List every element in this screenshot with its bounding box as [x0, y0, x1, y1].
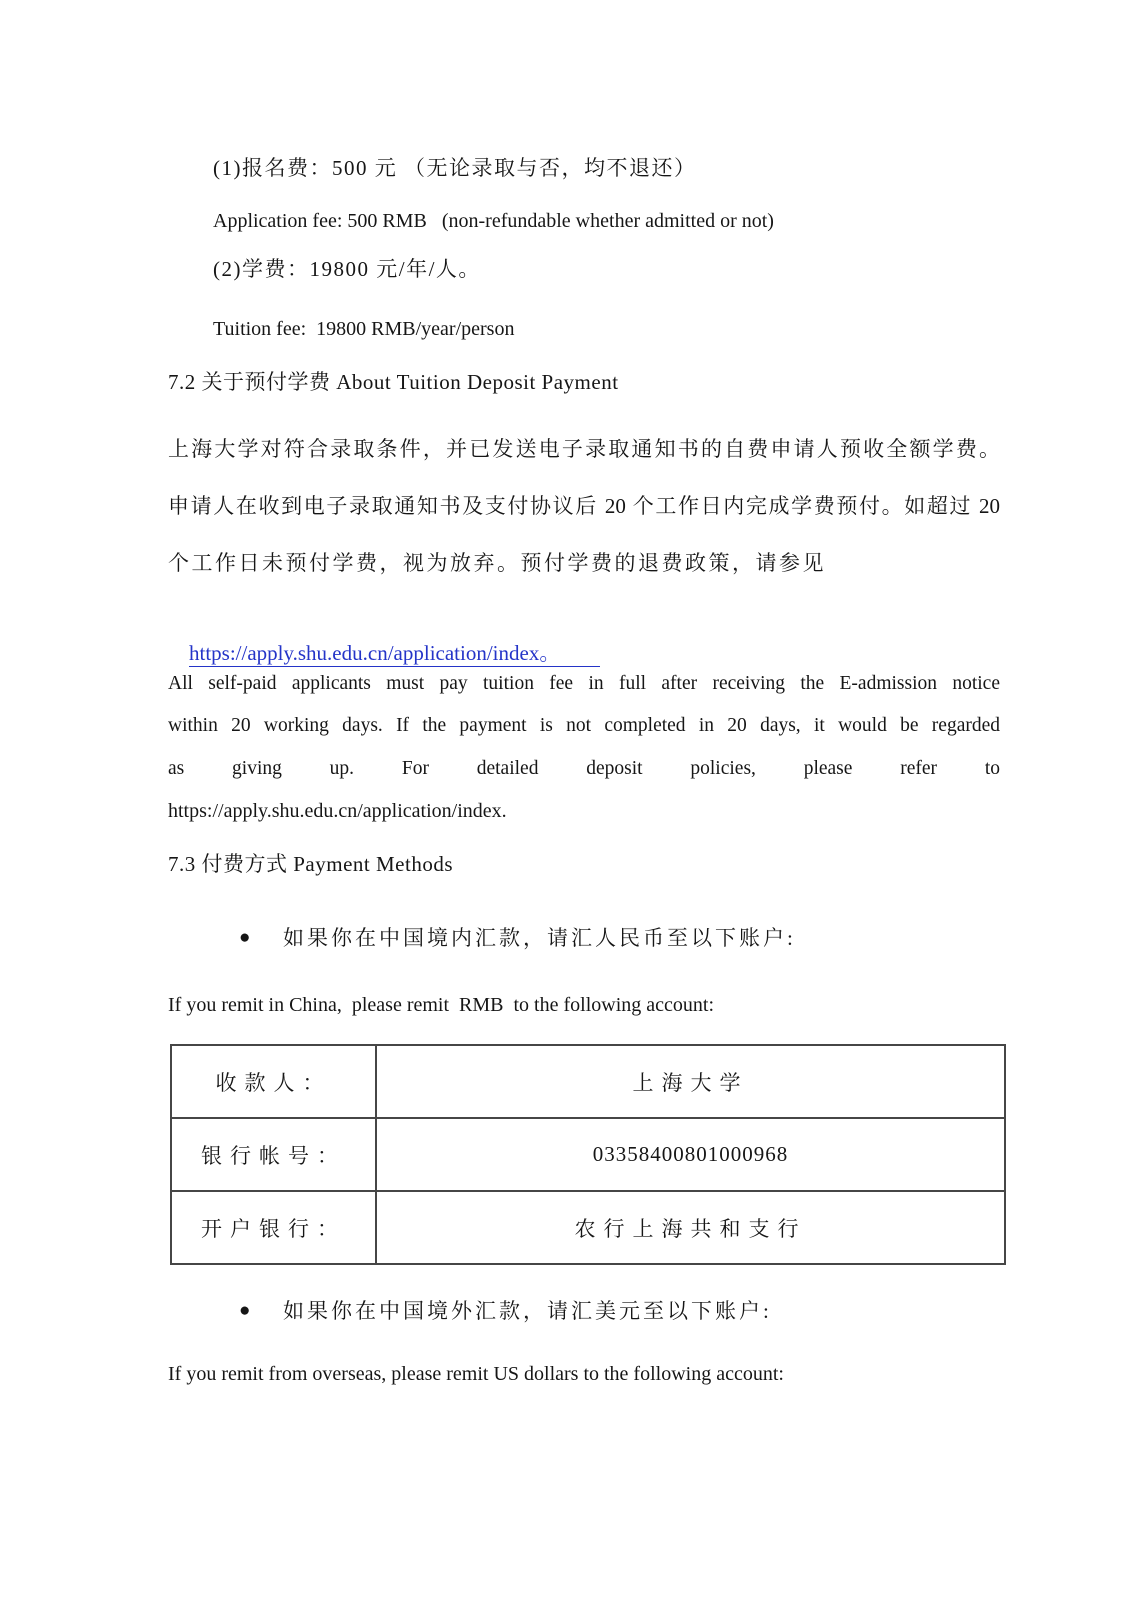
account-value-bank: 农行上海共和支行	[376, 1191, 1005, 1264]
link-underline-tail	[560, 659, 600, 660]
account-label-bank: 开户银行：	[171, 1191, 376, 1264]
account-value-number: 03358400801000968	[376, 1118, 1005, 1191]
table-row-bank: 开户银行： 农行上海共和支行	[171, 1191, 1005, 1264]
para-en-line-3: as giving up. For detailed deposit polic…	[168, 753, 1000, 785]
fee-line-zh-application: (1)报名费：500 元 （无论录取与否，均不退还）	[213, 152, 697, 184]
section-7-3-heading: 7.3 付费方式 Payment Methods	[168, 848, 453, 880]
bullet-icon: ●	[239, 1295, 250, 1327]
para-en-line-4: https://apply.shu.edu.cn/application/ind…	[168, 795, 507, 827]
section-7-2-heading: 7.2 关于预付学费 About Tuition Deposit Payment	[168, 366, 619, 398]
para-zh-line-3: 个工作日未预付学费，视为放弃。预付学费的退费政策，请参见	[168, 547, 826, 579]
deposit-policy-link[interactable]: https://apply.shu.edu.cn/application/ind…	[189, 641, 600, 667]
table-row-payee: 收款人： 上海大学	[171, 1045, 1005, 1118]
document-page: (1)报名费：500 元 （无论录取与否，均不退还） Application f…	[0, 0, 1131, 1600]
bullet-text-domestic: 如果你在中国境内汇款，请汇人民币至以下账户:	[283, 922, 796, 954]
account-label-number: 银行帐号：	[171, 1118, 376, 1191]
account-value-payee: 上海大学	[376, 1045, 1005, 1118]
table-row-account-number: 银行帐号： 03358400801000968	[171, 1118, 1005, 1191]
fee-line-en-application: Application fee: 500 RMB (non-refundable…	[213, 205, 774, 237]
deposit-policy-link-line: https://apply.shu.edu.cn/application/ind…	[168, 605, 600, 637]
domestic-remit-instruction-en: If you remit in China, please remit RMB …	[168, 989, 714, 1021]
fee-line-en-tuition: Tuition fee: 19800 RMB/year/person	[213, 313, 514, 345]
para-en-line-2: within 20 working days. If the payment i…	[168, 710, 1000, 742]
overseas-remit-instruction-en: If you remit from overseas, please remit…	[168, 1358, 784, 1390]
account-label-payee: 收款人：	[171, 1045, 376, 1118]
deposit-policy-link-text: https://apply.shu.edu.cn/application/ind…	[189, 641, 560, 665]
bullet-icon: ●	[239, 922, 250, 954]
fee-line-zh-tuition: (2)学费：19800 元/年/人。	[213, 253, 481, 285]
para-zh-line-1: 上海大学对符合录取条件，并已发送电子录取通知书的自费申请人预收全额学费。	[168, 433, 1000, 465]
bullet-text-overseas: 如果你在中国境外汇款，请汇美元至以下账户:	[283, 1295, 772, 1327]
para-zh-line-2: 申请人在收到电子录取通知书及支付协议后 20 个工作日内完成学费预付。如超过 2…	[168, 490, 1000, 522]
para-en-line-1: All self-paid applicants must pay tuitio…	[168, 668, 1000, 700]
domestic-account-table: 收款人： 上海大学 银行帐号： 03358400801000968 开户银行： …	[170, 1044, 1006, 1265]
